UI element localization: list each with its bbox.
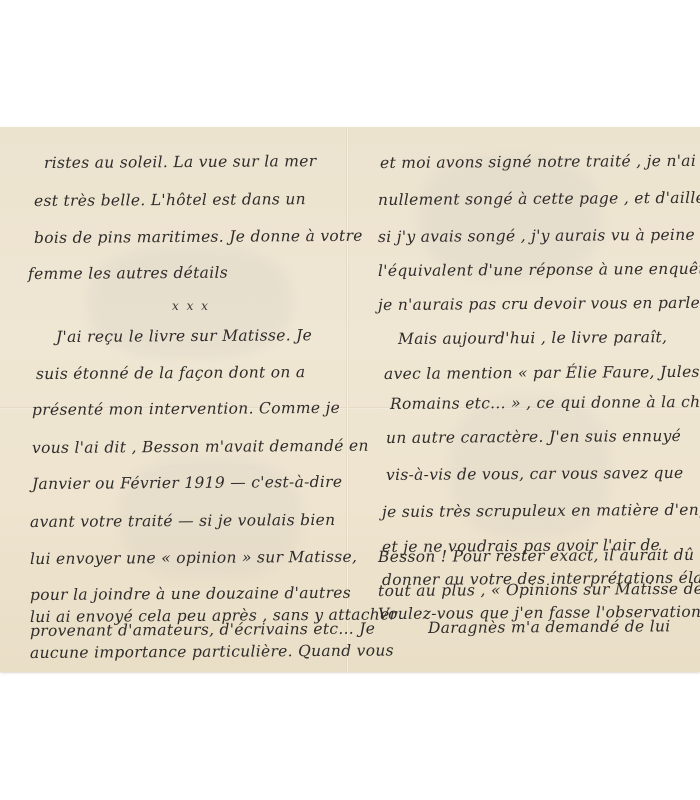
handwritten-line: Janvier ou Février 1919 — c'est-à-dire bbox=[32, 473, 342, 493]
handwritten-line: Besson ! Pour rester exact, il aurait dû… bbox=[378, 545, 700, 566]
handwritten-line: Mais aujourd'hui , le livre paraît, bbox=[398, 328, 667, 348]
left-page: ristes au soleil. La vue sur la mer est … bbox=[0, 127, 347, 672]
handwritten-line: Daragnès m'a demandé de lui bbox=[428, 617, 671, 637]
handwritten-line: présenté mon intervention. Comme je bbox=[32, 399, 340, 419]
handwritten-line: lui ai envoyé cela peu après , sans y at… bbox=[30, 605, 397, 626]
handwritten-line: est très belle. L'hôtel est dans un bbox=[34, 190, 306, 210]
handwritten-line: tout au plus , « Opinions sur Matisse de… bbox=[378, 579, 700, 600]
handwritten-line: nullement songé à cette page , et d'aill… bbox=[378, 189, 700, 209]
handwritten-line: bois de pins maritimes. Je donne à votre bbox=[34, 227, 363, 247]
handwritten-line: vous l'ai dit , Besson m'avait demandé e… bbox=[32, 437, 369, 457]
handwritten-line: je n'aurais pas cru devoir vous en parle… bbox=[378, 294, 700, 314]
handwritten-line: et moi avons signé notre traité , je n'a… bbox=[380, 152, 696, 172]
handwritten-line: suis étonné de la façon dont on a bbox=[36, 363, 306, 383]
handwritten-line: avec la mention « par Élie Faure, Jules bbox=[384, 363, 700, 383]
handwritten-line: un autre caractère. J'en suis ennuyé bbox=[386, 427, 681, 447]
handwritten-line: J'ai reçu le livre sur Matisse. Je bbox=[56, 326, 312, 346]
handwritten-line: l'équivalent d'une réponse à une enquête… bbox=[378, 259, 700, 280]
handwritten-line: je suis très scrupuleux en matière d'eng… bbox=[382, 500, 700, 521]
handwritten-line: pour la joindre à une douzaine d'autres bbox=[30, 584, 351, 604]
handwritten-line: avant votre traité — si je voulais bien bbox=[30, 511, 336, 531]
handwritten-line: femme les autres détails bbox=[28, 264, 228, 283]
handwritten-line: aucune importance particulière. Quand vo… bbox=[30, 641, 394, 662]
handwritten-line: lui envoyer une « opinion » sur Matisse, bbox=[30, 548, 357, 568]
handwritten-line: si j'y avais songé , j'y aurais vu à pei… bbox=[378, 226, 695, 246]
handwritten-line: vis-à-vis de vous, car vous savez que bbox=[386, 464, 684, 484]
handwritten-line: Romains etc... » , ce qui donne à la cho… bbox=[390, 393, 700, 413]
section-separator: x x x bbox=[172, 299, 210, 313]
handwritten-line: ristes au soleil. La vue sur la mer bbox=[44, 152, 317, 172]
